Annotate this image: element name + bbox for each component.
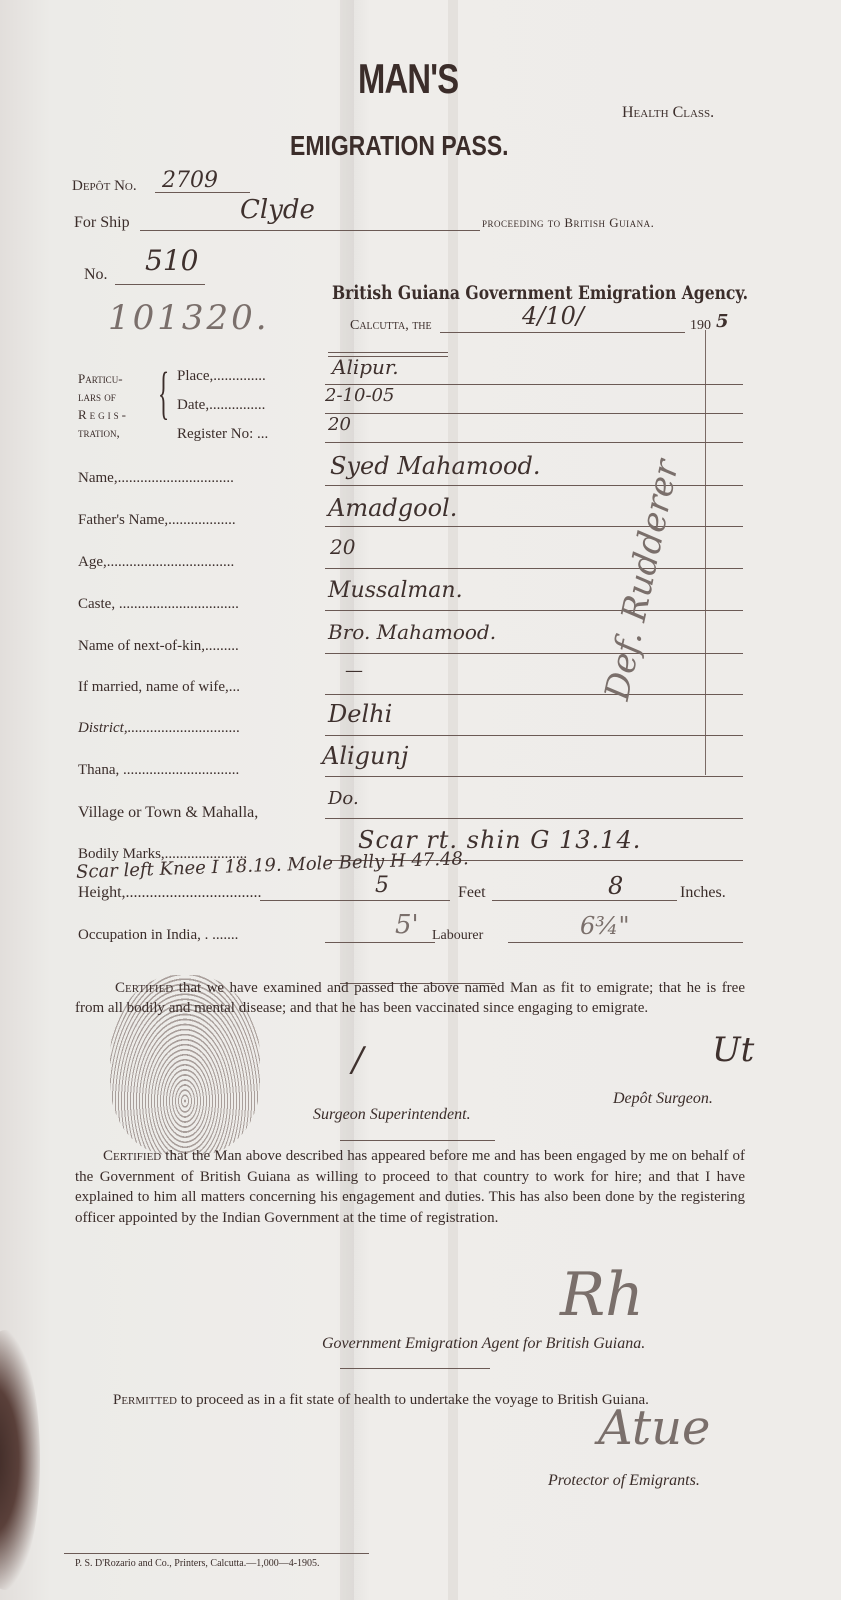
- protector-signature: Atue: [598, 1400, 710, 1456]
- depot-surgeon-signature: Ut: [712, 1030, 754, 1070]
- ink-smudge: [0, 1330, 40, 1590]
- surgeon-superintendent-signature: /: [352, 1040, 363, 1080]
- pencil-height-feet: 5': [395, 910, 419, 940]
- reg-number-label: Register No: ...: [177, 426, 268, 443]
- name-value: Syed Mahamood.: [330, 452, 541, 480]
- section-divider: [340, 1368, 490, 1369]
- next-of-kin-value: Bro. Mahamood.: [328, 620, 496, 644]
- thana-value: Aligunj: [322, 742, 408, 770]
- permitted-lead: Permitted: [113, 1392, 177, 1408]
- height-inches-value: 8: [608, 872, 623, 900]
- reg-place-value: Alipur.: [332, 355, 399, 379]
- ship-label: For Ship: [74, 214, 130, 232]
- printer-imprint: P. S. D'Rozario and Co., Printers, Calcu…: [75, 1558, 320, 1569]
- wife-name-label: If married, name of wife,...: [78, 679, 240, 696]
- agency-date: 4/10/: [522, 302, 584, 330]
- depot-underline: [155, 192, 250, 193]
- ship-underline: [140, 230, 480, 231]
- strike-line: [328, 356, 448, 357]
- age-value: 20: [330, 535, 355, 559]
- title-emigration-pass: EMIGRATION PASS.: [290, 130, 509, 162]
- occupation-value: Labourer: [432, 928, 483, 944]
- inches-label: Inches.: [680, 884, 726, 902]
- thana-label: Thana, ...............................: [78, 762, 239, 779]
- rule: [325, 526, 743, 527]
- rule: [325, 694, 743, 695]
- reg-number-value: 20: [328, 414, 351, 435]
- rule: [325, 413, 743, 414]
- rule: [508, 942, 743, 943]
- rule: [260, 900, 450, 901]
- rule: [325, 818, 743, 819]
- document-page: MAN'S EMIGRATION PASS. Health Class. Dep…: [0, 0, 841, 1600]
- wife-name-value: —: [345, 660, 363, 681]
- reg-place-label: Place,..............: [177, 368, 266, 385]
- reg-date-label: Date,...............: [177, 397, 265, 414]
- date-underline: [440, 332, 685, 333]
- margin-rule: [705, 330, 706, 775]
- rule: [325, 776, 743, 777]
- rule: [325, 653, 743, 654]
- agent-certificate: Certified that the Man above described h…: [75, 1146, 745, 1228]
- number-value: 510: [145, 244, 198, 277]
- village-label: Village or Town & Mahalla,: [78, 804, 258, 822]
- brace: {: [158, 364, 169, 422]
- depot-surgeon-title: Depôt Surgeon.: [613, 1090, 713, 1108]
- rule: [325, 610, 743, 611]
- protector-title: Protector of Emigrants.: [548, 1472, 700, 1490]
- medical-certificate: Certified that we have examined and pass…: [75, 978, 745, 1018]
- feet-label: Feet: [458, 884, 486, 902]
- height-feet-value: 5: [375, 873, 389, 898]
- pencil-height-inches: 6¾": [580, 912, 630, 940]
- fold-crease: [448, 0, 458, 1600]
- rule: [325, 735, 743, 736]
- certified-lead: Certified: [103, 1148, 161, 1164]
- ship-value: Clyde: [240, 195, 315, 225]
- health-class-label: Health Class.: [622, 104, 714, 122]
- district-label: District,..............................: [78, 720, 240, 737]
- section-divider: [340, 1140, 495, 1141]
- occupation-label: Occupation in India, . .......: [78, 927, 238, 944]
- registration-group-label: Particu- lars of Regis- tration,: [78, 370, 129, 442]
- agency-name: British Guiana Government Emigration Age…: [332, 282, 748, 304]
- caste-label: Caste, ................................: [78, 596, 239, 613]
- year-suffix: 5: [716, 311, 729, 332]
- caste-value: Mussalman.: [328, 578, 463, 603]
- margin-annotation: Def. Rudderer: [597, 456, 687, 703]
- agent-title: Government Emigration Agent for British …: [322, 1335, 645, 1353]
- agent-signature: Rh: [560, 1260, 644, 1330]
- number-underline: [115, 284, 205, 285]
- rule: [325, 568, 743, 569]
- next-of-kin-label: Name of next-of-kin,.........: [78, 638, 239, 655]
- rule: [492, 900, 677, 901]
- calcutta-label: Calcutta, the: [350, 318, 432, 334]
- strike-line: [328, 352, 448, 353]
- fathers-name-value: Amadgool.: [328, 494, 457, 522]
- rule: [325, 942, 435, 943]
- year-prefix: 190: [690, 318, 711, 334]
- name-label: Name,...............................: [78, 470, 234, 487]
- reg-date-value: 2-10-05: [325, 385, 394, 406]
- certified-lead: Certified: [115, 980, 173, 996]
- surgeon-superintendent-title: Surgeon Superintendent.: [313, 1106, 471, 1124]
- fathers-name-label: Father's Name,..................: [78, 512, 236, 529]
- title-mans: MAN'S: [358, 55, 458, 103]
- depot-value: 2709: [162, 168, 218, 193]
- depot-label: Depôt No.: [72, 178, 137, 195]
- reference-number: 101320.: [108, 298, 270, 338]
- height-label: Height,.................................…: [78, 884, 262, 902]
- village-value: Do.: [328, 788, 359, 809]
- district-value: Delhi: [328, 700, 392, 728]
- rule: [325, 442, 743, 443]
- number-label: No.: [84, 266, 108, 284]
- age-label: Age,..................................: [78, 554, 234, 571]
- imprint-rule: [64, 1553, 369, 1554]
- proceeding-text: proceeding to British Guiana.: [482, 215, 654, 231]
